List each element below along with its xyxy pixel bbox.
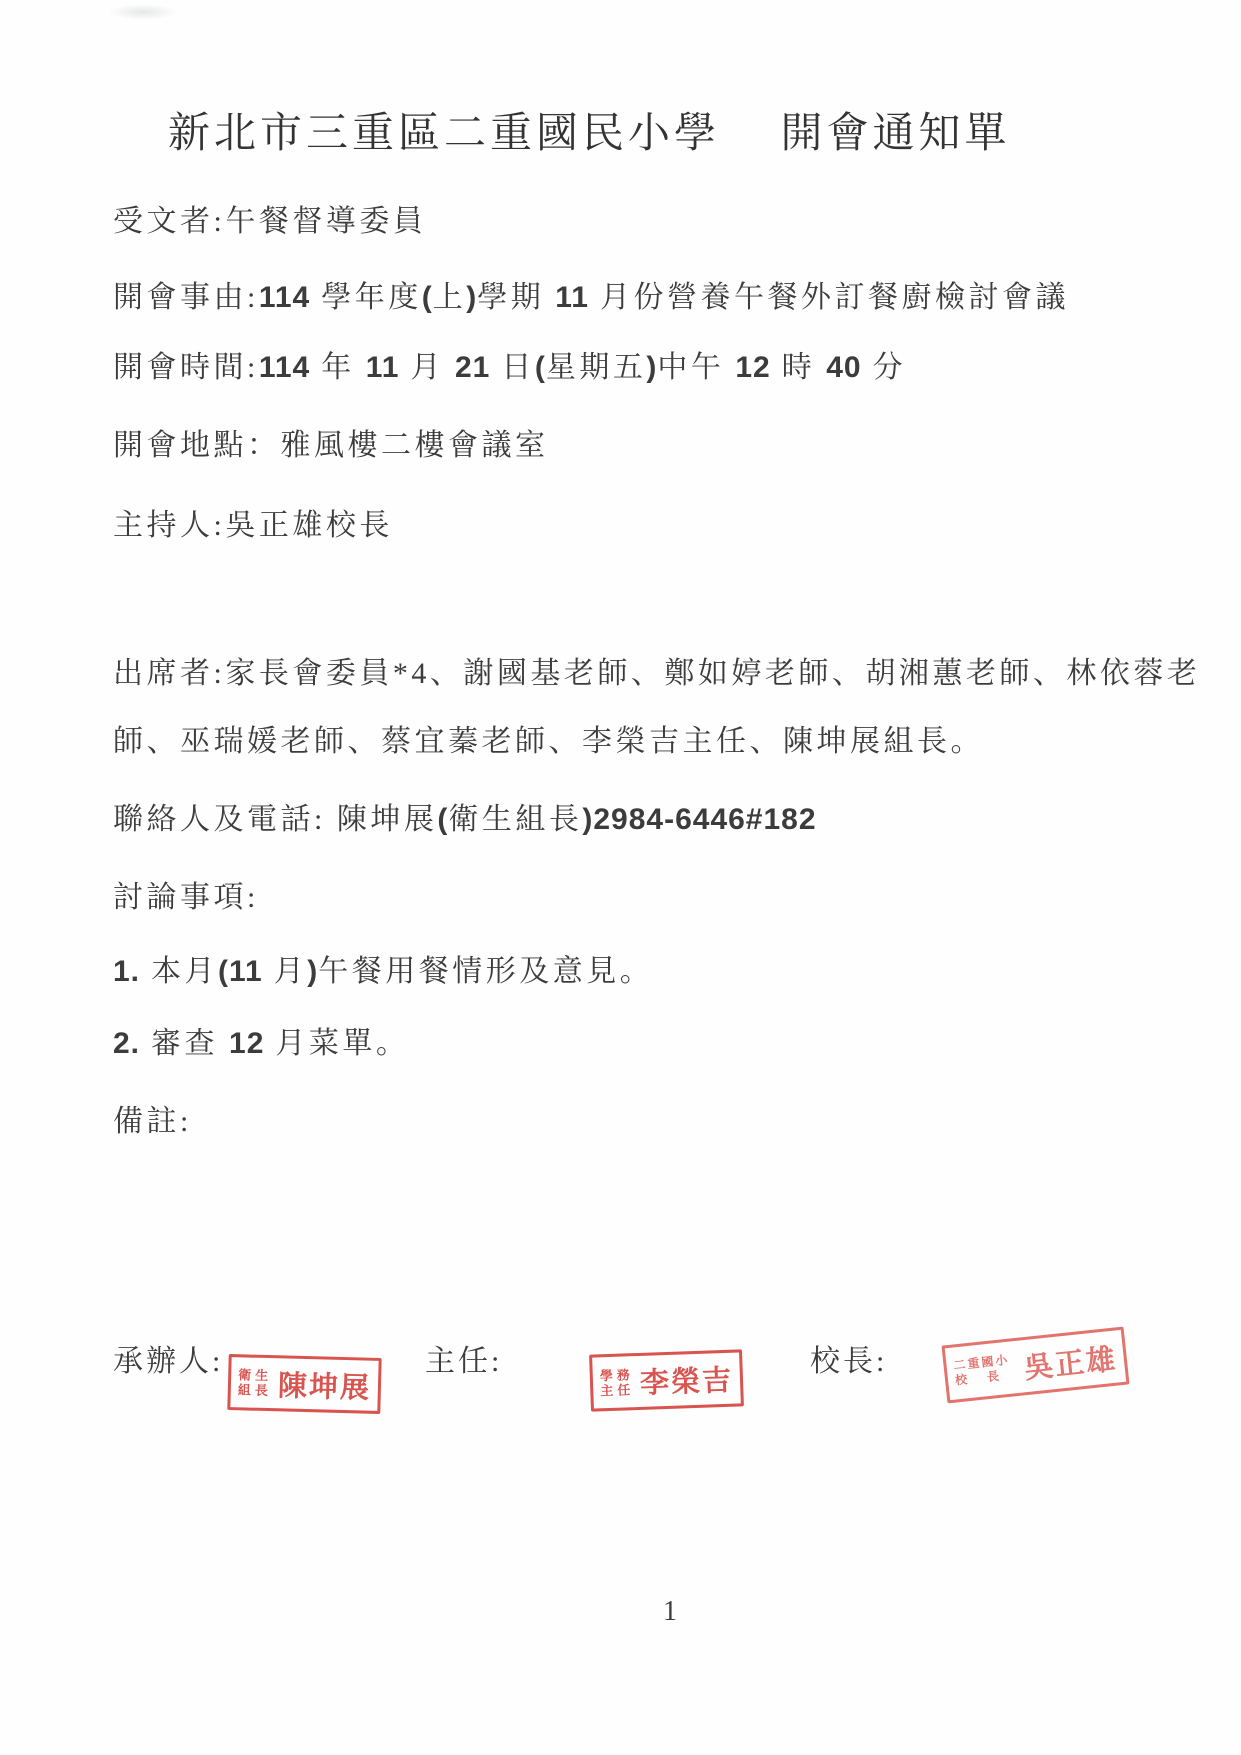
- text-segment: 11: [229, 955, 263, 988]
- text-segment: ): [582, 803, 593, 836]
- text-segment: 討論事項:: [113, 881, 259, 914]
- scan-smudge-artifact: [108, 4, 178, 20]
- text-segment: 中午: [657, 351, 735, 384]
- text-segment: 聯絡人及電話: 陳坤展: [113, 803, 437, 836]
- text-segment: 月份營養午餐外訂餐廚檢討會議: [589, 281, 1069, 314]
- text-segment: 1.: [113, 955, 140, 988]
- text-segment: 師、巫瑞媛老師、蔡宜蓁老師、李榮吉主任、陳坤展組長。: [113, 725, 984, 758]
- text-segment: 114: [259, 351, 310, 384]
- text-segment: 出席者:家長會委員*4、謝國基老師、鄭如婷老師、胡湘蕙老師、林依蓉老: [113, 657, 1200, 690]
- scanned-meeting-notice-page: 新北市三重區二重國民小學 開會通知單 受文者:午餐督導委員 開會事由:114 學…: [0, 0, 1241, 1755]
- text-segment: (: [535, 351, 546, 384]
- line-meeting-subject: 開會事由:114 學年度(上)學期 11 月份營養午餐外訂餐廚檢討會議: [113, 272, 1069, 316]
- organizer-stamp-name: 陳坤展: [277, 1363, 371, 1406]
- principal-stamp-role: 二重國小 校長: [953, 1352, 1020, 1389]
- line-remarks: 備註:: [113, 1096, 192, 1140]
- text-segment: 備註:: [113, 1105, 192, 1138]
- page-number: 1: [600, 1596, 740, 1628]
- director-stamp-role: 學務 主任: [600, 1367, 635, 1398]
- line-attendees-1: 出席者:家長會委員*4、謝國基老師、鄭如婷老師、胡湘蕙老師、林依蓉老: [113, 648, 1200, 692]
- text-segment: 月菜單。: [264, 1027, 409, 1060]
- director-stamp-name: 李榮吉: [639, 1358, 733, 1402]
- text-segment: 開會地點：雅風樓二樓會議室: [113, 429, 549, 462]
- text-segment: 12: [229, 1027, 264, 1060]
- text-segment: 審查: [140, 1027, 229, 1060]
- text-segment: 分: [862, 351, 907, 384]
- line-meeting-time: 開會時間:114 年 11 月 21 日(星期五)中午 12 時 40 分: [113, 342, 906, 386]
- text-segment: 時: [771, 351, 827, 384]
- text-segment: 本月: [140, 955, 218, 988]
- text-segment: 年: [310, 351, 366, 384]
- text-segment: ): [646, 351, 657, 384]
- text-segment: 學年度: [310, 281, 422, 314]
- organizer-role-row2: 組長: [238, 1382, 272, 1398]
- text-segment: 11: [366, 351, 400, 384]
- line-recipient: 受文者:午餐督導委員: [113, 196, 426, 240]
- text-segment: 開會事由:: [113, 281, 259, 314]
- line-meeting-location: 開會地點：雅風樓二樓會議室: [113, 420, 549, 464]
- text-segment: 2984-6446#182: [593, 803, 816, 836]
- text-segment: 午餐用餐情形及意見。: [318, 955, 653, 988]
- text-segment: (: [437, 803, 448, 836]
- text-segment: 11: [555, 281, 589, 314]
- text-segment: 上: [433, 281, 467, 314]
- organizer-stamp: 衛生 組長 陳坤展: [227, 1354, 381, 1414]
- text-segment: 2.: [113, 1027, 140, 1060]
- text-segment: 星期五: [546, 351, 647, 384]
- line-discussion-item-1: 1. 本月(11 月)午餐用餐情形及意見。: [113, 946, 653, 990]
- text-segment: 日: [490, 351, 535, 384]
- text-segment: 開會時間:: [113, 351, 259, 384]
- organizer-stamp-role: 衛生 組長: [238, 1367, 273, 1398]
- line-discussion-item-2: 2. 審查 12 月菜單。: [113, 1018, 409, 1062]
- organizer-role-row1: 衛生: [238, 1367, 272, 1383]
- text-segment: 40: [826, 351, 861, 384]
- principal-stamp-name: 吳正雄: [1022, 1336, 1119, 1386]
- text-segment: 學期: [477, 281, 555, 314]
- text-segment: 21: [455, 351, 490, 384]
- document-title: 新北市三重區二重國民小學 開會通知單: [168, 100, 1011, 160]
- text-segment: 主持人:吳正雄校長: [113, 509, 393, 542]
- text-segment: 12: [735, 351, 770, 384]
- text-segment: 月: [399, 351, 455, 384]
- director-role-row1: 學務: [600, 1367, 635, 1383]
- text-segment: (: [422, 281, 433, 314]
- principal-stamp: 二重國小 校長 吳正雄: [941, 1327, 1129, 1404]
- principal-label: 校長:: [810, 1336, 887, 1380]
- line-meeting-chair: 主持人:吳正雄校長: [113, 500, 393, 544]
- text-segment: 月: [263, 955, 308, 988]
- director-role-row2: 主任: [600, 1382, 635, 1398]
- text-segment: 114: [259, 281, 310, 314]
- director-label: 主任:: [425, 1336, 502, 1380]
- text-segment: 衛生組長: [448, 803, 582, 836]
- line-discussion-heading: 討論事項:: [113, 872, 259, 916]
- text-segment: ): [307, 955, 318, 988]
- organizer-label: 承辦人:: [113, 1336, 223, 1380]
- line-attendees-2: 師、巫瑞媛老師、蔡宜蓁老師、李榮吉主任、陳坤展組長。: [113, 716, 984, 760]
- line-contact-phone: 聯絡人及電話: 陳坤展(衛生組長)2984-6446#182: [113, 794, 817, 838]
- director-stamp: 學務 主任 李榮吉: [589, 1349, 744, 1411]
- text-segment: 受文者:午餐督導委員: [113, 205, 426, 238]
- text-segment: ): [466, 281, 477, 314]
- text-segment: (: [218, 955, 229, 988]
